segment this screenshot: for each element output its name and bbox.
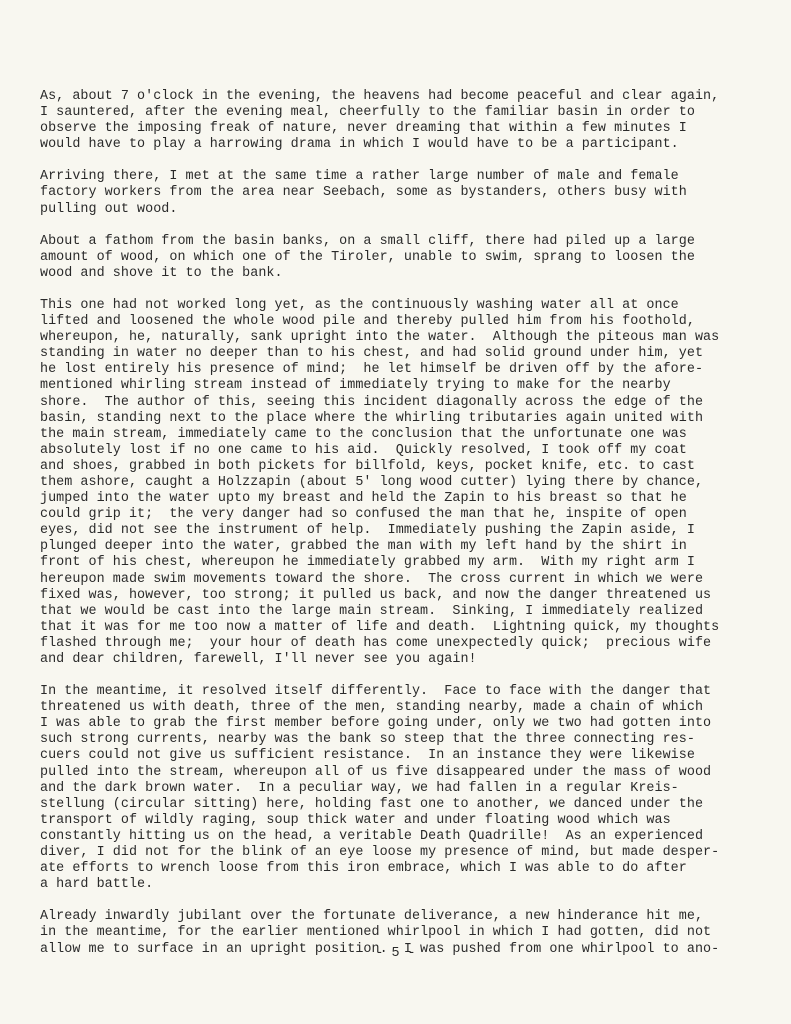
text-line: he lost entirely his presence of mind; h… (40, 362, 780, 378)
paragraph: Arriving there, I met at the same time a… (40, 169, 780, 217)
text-line: cuers could not give us sufficient resis… (40, 748, 780, 764)
text-line: diver, I did not for the blink of an eye… (40, 845, 780, 861)
text-line: As, about 7 o'clock in the evening, the … (40, 89, 780, 105)
text-line: constantly hitting us on the head, a ver… (40, 829, 780, 845)
text-line: basin, standing next to the place where … (40, 411, 780, 427)
text-line: fixed was, however, too strong; it pulle… (40, 588, 780, 604)
text-line: standing in water no deeper than to his … (40, 346, 780, 362)
text-line: eyes, did not see the instrument of help… (40, 523, 780, 539)
text-line: jumped into the water upto my breast and… (40, 491, 780, 507)
text-line: factory workers from the area near Seeba… (40, 185, 780, 201)
text-line: whereupon, he, naturally, sank upright i… (40, 330, 780, 346)
text-line: that we would be cast into the large mai… (40, 604, 780, 620)
page-number: - 5 - (0, 946, 791, 961)
paragraph: In the meantime, it resolved itself diff… (40, 684, 780, 893)
text-line: This one had not worked long yet, as the… (40, 298, 780, 314)
text-line: Already inwardly jubilant over the fortu… (40, 909, 780, 925)
text-line: wood and shove it to the bank. (40, 266, 780, 282)
text-line: and dear children, farewell, I'll never … (40, 652, 780, 668)
text-line: such strong currents, nearby was the ban… (40, 732, 780, 748)
text-line: pulling out wood. (40, 202, 780, 218)
document-body: As, about 7 o'clock in the evening, the … (40, 89, 780, 974)
text-line: would have to play a harrowing drama in … (40, 137, 780, 153)
text-line: absolutely lost if no one came to his ai… (40, 443, 780, 459)
paragraph: About a fathom from the basin banks, on … (40, 234, 780, 282)
text-line: that it was for me too now a matter of l… (40, 620, 780, 636)
text-line: About a fathom from the basin banks, on … (40, 234, 780, 250)
paragraph: This one had not worked long yet, as the… (40, 298, 780, 668)
text-line: ate efforts to wrench loose from this ir… (40, 861, 780, 877)
text-line: a hard battle. (40, 877, 780, 893)
text-line: stellung (circular sitting) here, holdin… (40, 797, 780, 813)
text-line: flashed through me; your hour of death h… (40, 636, 780, 652)
text-line: and shoes, grabbed in both pickets for b… (40, 459, 780, 475)
text-line: Arriving there, I met at the same time a… (40, 169, 780, 185)
text-line: In the meantime, it resolved itself diff… (40, 684, 780, 700)
text-line: pulled into the stream, whereupon all of… (40, 765, 780, 781)
text-line: plunged deeper into the water, grabbed t… (40, 539, 780, 555)
text-line: I was able to grab the first member befo… (40, 716, 780, 732)
text-line: shore. The author of this, seeing this i… (40, 395, 780, 411)
text-line: amount of wood, on which one of the Tiro… (40, 250, 780, 266)
text-line: the main stream, immediately came to the… (40, 427, 780, 443)
text-line: front of his chest, whereupon he immedia… (40, 555, 780, 571)
text-line: observe the imposing freak of nature, ne… (40, 121, 780, 137)
text-line: I sauntered, after the evening meal, che… (40, 105, 780, 121)
text-line: transport of wildly raging, soup thick w… (40, 813, 780, 829)
text-line: hereupon made swim movements toward the … (40, 572, 780, 588)
text-line: and the dark brown water. In a peculiar … (40, 781, 780, 797)
text-line: mentioned whirling stream instead of imm… (40, 378, 780, 394)
paragraph: As, about 7 o'clock in the evening, the … (40, 89, 780, 153)
text-line: threatened us with death, three of the m… (40, 700, 780, 716)
text-line: in the meantime, for the earlier mention… (40, 925, 780, 941)
text-line: lifted and loosened the whole wood pile … (40, 314, 780, 330)
text-line: could grip it; the very danger had so co… (40, 507, 780, 523)
text-line: them ashore, caught a Holzzapin (about 5… (40, 475, 780, 491)
document-page: As, about 7 o'clock in the evening, the … (0, 0, 791, 1024)
